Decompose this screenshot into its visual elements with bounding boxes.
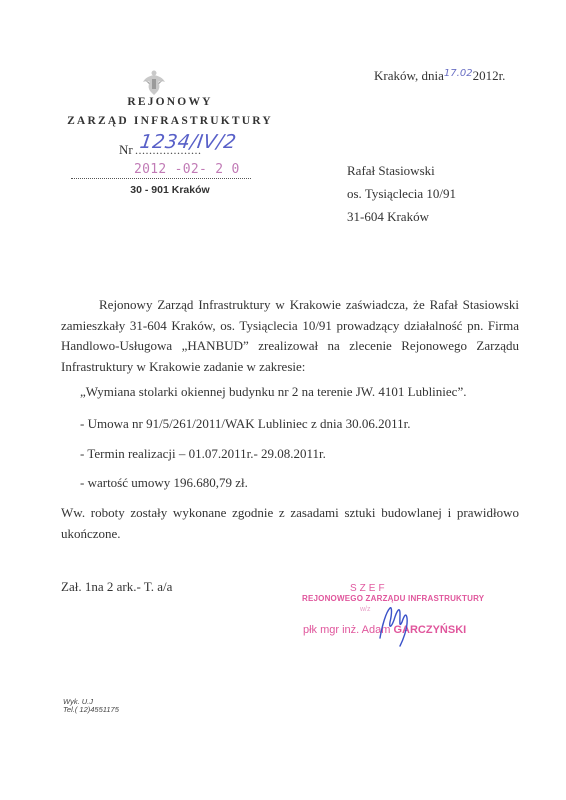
divider [71, 178, 251, 179]
org-postcode: 30 - 901 Kraków [60, 184, 280, 196]
org-name-line1: REJONOWY [60, 96, 280, 108]
scope-item: - Umowa nr 91/5/261/2011/WAK Lubliniec z… [80, 416, 410, 432]
place-and-date: Kraków, dnia17.022012r. [374, 68, 505, 84]
signature-stamp-small: w/z [360, 606, 371, 613]
reference-number-label: Nr [119, 142, 133, 158]
scope-item: - wartość umowy 196.680,79 zł. [80, 475, 248, 491]
recipient-city: 31-604 Kraków [347, 209, 429, 225]
handwritten-signature-icon [372, 598, 422, 648]
stamp-date: 2012 -02- 2 0 [134, 162, 240, 177]
phone-number: Tel.( 12)4551175 [63, 705, 119, 714]
polish-eagle-emblem-icon [141, 69, 167, 97]
scope-item: „Wymiana stolarki okiennej budynku nr 2 … [80, 384, 466, 400]
handwritten-date: 17.02 [444, 68, 473, 79]
place-date-prefix: Kraków, dnia [374, 68, 444, 83]
attachment-note: Zał. 1na 2 ark.- T. a/a [61, 579, 172, 595]
reference-number-handwritten: 1234/IV/2 [138, 131, 237, 153]
recipient-street: os. Tysiąclecia 10/91 [347, 186, 456, 202]
place-date-suffix: 2012r. [473, 68, 506, 83]
org-name-line2: ZARZĄD INFRASTRUKTURY [60, 115, 280, 127]
recipient-name: Rafał Stasiowski [347, 163, 435, 179]
body-paragraph: Rejonowy Zarząd Infrastruktury w Krakowi… [61, 295, 519, 377]
closing-paragraph: Ww. roboty zostały wykonane zgodnie z za… [61, 503, 519, 544]
scope-item: - Termin realizacji – 01.07.2011r.- 29.0… [80, 446, 326, 462]
signature-stamp-title: SZEF [350, 583, 388, 594]
